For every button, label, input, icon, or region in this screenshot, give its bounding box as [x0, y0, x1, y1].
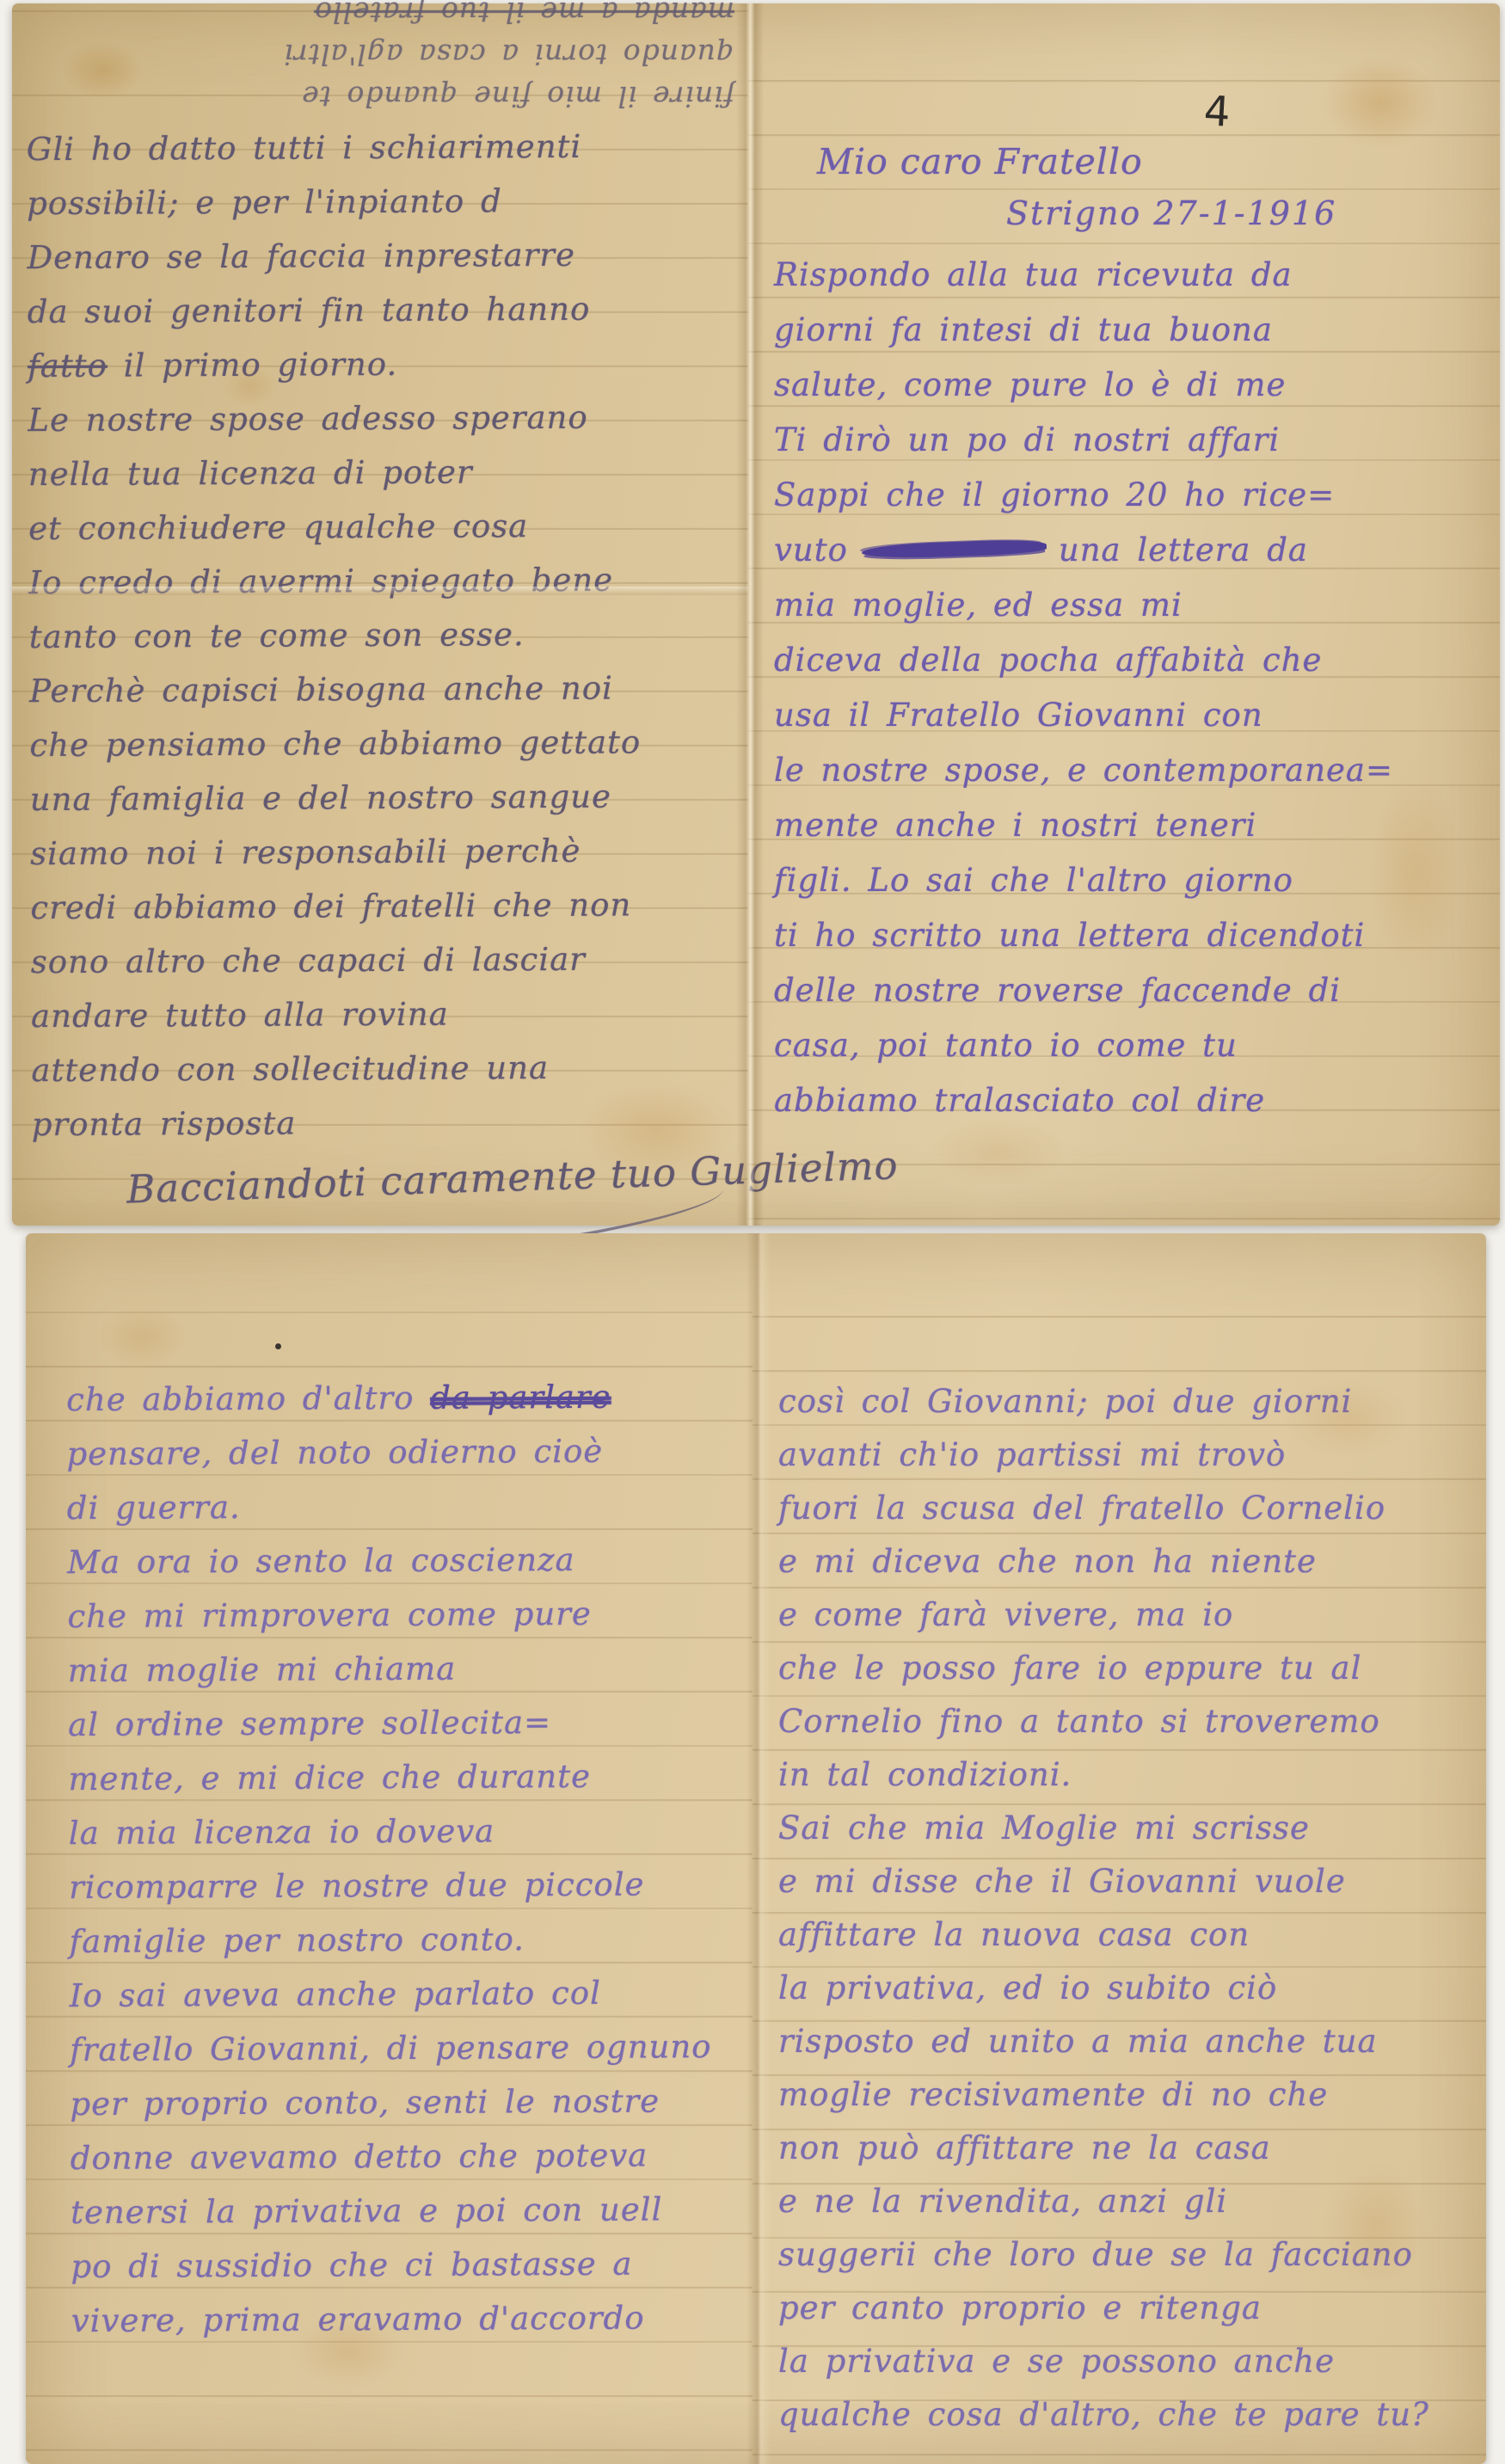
handwriting-line: e mi disse che il Giovanni vuole	[778, 1855, 1475, 1908]
handwriting-line: la privativa e se possono anche	[778, 2335, 1475, 2388]
page-bottom-right: così col Giovanni; poi due giorni avanti…	[752, 1233, 1486, 2464]
showthrough-line: finire il mio fine quando te	[98, 76, 734, 118]
page-number: 4	[1203, 87, 1232, 137]
page-top-left: manda a me il tuo fratello quando torni …	[12, 3, 748, 1226]
page-bottom-left: che abbiamo d'altro da parlare pensare, …	[26, 1233, 752, 2464]
showthrough-line: quando torni a casa agl'altri	[244, 34, 734, 76]
handwriting-line: famiglie per nostro conto.	[69, 1911, 748, 1969]
line-text: vuto	[774, 532, 848, 568]
handwriting-line: siamo noi i responsabili perchè	[30, 823, 744, 881]
struck-word: da parlare	[430, 1379, 611, 1416]
showthrough-line: manda a me il tuo fratello	[141, 0, 734, 34]
handwriting-line: Gli ho datto tutti i schiarimenti	[27, 119, 740, 176]
handwriting-line-with-strikeout: che abbiamo d'altro da parlare	[66, 1369, 746, 1427]
handwriting-line: credi abbiamo dei fratelli che non	[30, 877, 744, 935]
handwriting-line: avanti ch'io partissi mi trovò	[778, 1429, 1475, 1482]
handwriting-line: Denaro se la faccia inprestarre	[27, 227, 740, 285]
handwriting-line: casa, poi tanto io come tu	[774, 1018, 1488, 1073]
line-text: una lettera da	[1059, 532, 1308, 568]
handwriting-line: mia moglie, ed essa mi	[774, 578, 1488, 633]
handwriting-line: donne avevamo detto che poteva	[71, 2128, 750, 2185]
page-top-right: 4 Mio caro Fratello Strigno 27-1-1916 Ri…	[748, 3, 1500, 1226]
handwriting-line-with-strikeout: fatto il primo giorno.	[28, 335, 741, 393]
handwriting-line: la privativa, ed io subito ciò	[778, 1962, 1475, 2015]
handwriting-line: affittare la nuova casa con	[778, 1908, 1475, 1962]
letter-scan: manda a me il tuo fratello quando torni …	[0, 0, 1505, 2464]
handwriting-line: così col Giovanni; poi due giorni	[778, 1375, 1475, 1429]
handwriting-line: possibili; e per l'inpianto d	[27, 173, 740, 230]
handwriting-line: Ma ora io sento la coscienza	[67, 1532, 746, 1589]
handwriting-line: abbiamo tralasciato col dire	[774, 1073, 1488, 1128]
handwriting-line: andare tutto alla rovina	[31, 986, 745, 1043]
handwriting-line: in tal condizioni.	[778, 1748, 1475, 1802]
handwriting-block: che abbiamo d'altro da parlare pensare, …	[66, 1369, 751, 2348]
handwriting-line: qualche cosa d'altro, che te pare tu?	[778, 2388, 1475, 2442]
handwriting-block: così col Giovanni; poi due giorni avanti…	[778, 1375, 1475, 2442]
handwriting-line: delle nostre roverse faccende di	[774, 963, 1488, 1018]
handwriting-line: mia moglie mi chiama	[68, 1640, 747, 1698]
handwriting-line: figli. Lo sai che l'altro giorno	[774, 853, 1488, 908]
line-text: che abbiamo d'altro	[66, 1379, 430, 1418]
handwriting-line: mente anche i nostri teneri	[774, 798, 1488, 853]
handwriting-line: fuori la scusa del fratello Cornelio	[778, 1482, 1475, 1535]
handwriting-line: per canto proprio e ritenga	[778, 2282, 1475, 2335]
handwriting-line: da suoi genitori fin tanto hanno	[28, 281, 741, 339]
handwriting-line: Io credo di avermi spiegato bene	[28, 552, 742, 610]
handwriting-line: la mia licenza io doveva	[69, 1803, 748, 1860]
handwriting-line: tenersi la privativa e poi con uell	[71, 2182, 750, 2240]
handwriting-line: e ne la rivendita, anzi gli	[778, 2175, 1475, 2228]
handwriting-line: Perchè capisci bisogna anche noi	[29, 661, 743, 718]
handwriting-line: che le posso fare io eppure tu al	[778, 1642, 1475, 1695]
handwriting-line: non può affittare ne la casa	[778, 2122, 1475, 2175]
handwriting-line: pensare, del noto odierno cioè	[66, 1423, 746, 1481]
handwriting-line: Io sai aveva anche parlato col	[70, 1965, 749, 2023]
handwriting-line: Ti dirò un po di nostri affari	[774, 413, 1488, 468]
handwriting-line: sono altro che capaci di lasciar	[31, 931, 745, 989]
struck-word: fatto	[28, 347, 107, 384]
salutation-line: Mio caro Fratello	[817, 141, 1143, 182]
ink-scribble-blob	[862, 538, 1047, 559]
handwriting-line: et conchiudere qualche cosa	[28, 498, 742, 556]
handwriting-line: ti ho scritto una lettera dicendoti	[774, 908, 1488, 963]
handwriting-line: mente, e mi dice che durante	[68, 1748, 747, 1806]
handwriting-line: moglie recisivamente di no che	[778, 2068, 1475, 2122]
stain	[1299, 38, 1462, 167]
handwriting-line: vivere, prima eravamo d'accordo	[71, 2290, 751, 2348]
handwriting-line: Cornelio fino a tanto si troveremo	[778, 1695, 1475, 1748]
handwriting-line: ricomparre le nostre due piccole	[69, 1857, 748, 1914]
letter-sheet-top: manda a me il tuo fratello quando torni …	[12, 3, 1500, 1226]
handwriting-line: usa il Fratello Giovanni con	[774, 688, 1488, 743]
ink-speck	[275, 1343, 281, 1349]
handwriting-line: suggerii che loro due se la facciano	[778, 2228, 1475, 2282]
handwriting-line: po di sussidio che ci bastasse a	[71, 2236, 750, 2294]
handwriting-line: fratello Giovanni, di pensare ognuno	[70, 2019, 749, 2077]
handwriting-line: salute, come pure lo è di me	[774, 358, 1488, 413]
handwriting-line: Le nostre spose adesso sperano	[28, 390, 741, 447]
handwriting-line: tanto con te come son esse.	[29, 606, 743, 664]
handwriting-block: Gli ho datto tutti i schiarimenti possib…	[27, 119, 746, 1215]
handwriting-line: giorni fa intesi di tua buona	[774, 303, 1488, 358]
handwriting-line: una famiglia e del nostro sangue	[30, 769, 744, 826]
handwriting-line: Rispondo alla tua ricevuta da	[774, 248, 1488, 303]
showthrough-upside-down-text: manda a me il tuo fratello quando torni …	[46, 0, 734, 118]
handwriting-line: Sai che mia Moglie mi scrisse	[778, 1802, 1475, 1855]
handwriting-line: di guerra.	[67, 1478, 746, 1535]
date-line: Strigno 27-1-1916	[1006, 194, 1336, 232]
handwriting-line: e mi diceva che non ha niente	[778, 1535, 1475, 1588]
handwriting-line: le nostre spose, e contemporanea=	[774, 743, 1488, 798]
letter-sheet-bottom: che abbiamo d'altro da parlare pensare, …	[26, 1233, 1486, 2464]
horizontal-crease	[12, 587, 748, 595]
handwriting-line: al ordine sempre sollecita=	[68, 1694, 747, 1752]
handwriting-line: che pensiamo che abbiamo gettato	[29, 715, 743, 772]
handwriting-line-with-scribble: vutouna lettera da	[774, 523, 1488, 578]
handwriting-line: diceva della pocha affabità che	[774, 633, 1488, 688]
handwriting-line: e come farà vivere, ma io	[778, 1588, 1475, 1642]
handwriting-line: nella tua licenza di poter	[28, 444, 742, 501]
line-text: il primo giorno.	[107, 346, 397, 384]
handwriting-line: risposto ed unito a mia anche tua	[778, 2015, 1475, 2068]
handwriting-line: attendo con sollecitudine una	[31, 1040, 745, 1097]
stain	[77, 1293, 206, 1379]
handwriting-line: per proprio conto, senti le nostre	[70, 2074, 749, 2131]
handwriting-block: Rispondo alla tua ricevuta da giorni fa …	[774, 248, 1488, 1128]
handwriting-line: che mi rimprovera come pure	[67, 1586, 746, 1644]
handwriting-line: Sappi che il giorno 20 ho rice=	[774, 468, 1488, 523]
